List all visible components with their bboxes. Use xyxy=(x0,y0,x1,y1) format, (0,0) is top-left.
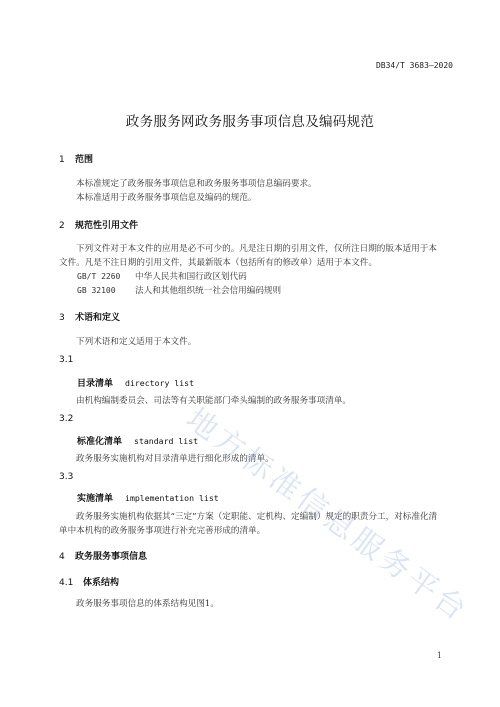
section-title: 规范性引用文件 xyxy=(75,221,138,231)
section-2-heading: 2规范性引用文件 xyxy=(59,218,138,231)
term-heading: 目录清单directory list xyxy=(77,376,194,389)
document-page: DB34/T 3683—2020 政务服务网政务服务事项信息及编码规范 1范围 … xyxy=(0,0,500,707)
term-zh: 标准化清单 xyxy=(77,437,122,447)
reference-item: GB 32100法人和其他组织统一社会信用编码规则 xyxy=(77,284,281,296)
section-number: 3 xyxy=(59,313,75,323)
subsection-title: 体系结构 xyxy=(83,578,119,588)
term-en: implementation list xyxy=(125,493,219,503)
reference-code: GB/T 2260 xyxy=(77,272,135,281)
section-3-heading: 3术语和定义 xyxy=(59,310,120,323)
section-title: 范围 xyxy=(75,155,93,165)
reference-title: 中华人民共和国行政区划代码 xyxy=(135,272,247,282)
subsection-4-1-heading: 4.1体系结构 xyxy=(59,575,119,588)
subsection-number: 4.1 xyxy=(59,578,83,588)
section-4-heading: 4政务服务事项信息 xyxy=(59,549,147,562)
term-definition: 政务服务实施机构依据其“三定”方案（定职能、定机构、定编制）规定的职责分工，对标… xyxy=(59,510,444,538)
reference-title: 法人和其他组织统一社会信用编码规则 xyxy=(135,286,281,296)
term-en: standard list xyxy=(134,436,198,446)
section-number: 4 xyxy=(59,552,75,562)
term-number: 3.1 xyxy=(59,355,73,365)
term-number: 3.2 xyxy=(59,414,73,424)
paragraph: 下列术语和定义适用于本文件。 xyxy=(59,335,444,349)
section-title: 术语和定义 xyxy=(75,313,120,323)
term-heading: 标准化清单standard list xyxy=(77,434,198,447)
document-title: 政务服务网政务服务事项信息及编码规范 xyxy=(0,110,500,130)
reference-item: GB/T 2260中华人民共和国行政区划代码 xyxy=(77,270,247,282)
term-definition: 由机构编制委员会、司法等有关职能部门牵头编制的政务服务事项清单。 xyxy=(59,394,444,408)
paragraph: 政务服务事项信息的体系结构见图1。 xyxy=(59,597,444,611)
term-definition: 政务服务实施机构对目录清单进行细化形成的清单。 xyxy=(59,452,444,466)
term-zh: 实施清单 xyxy=(77,494,113,504)
term-number: 3.3 xyxy=(59,472,73,482)
reference-code: GB 32100 xyxy=(77,286,135,295)
term-en: directory list xyxy=(125,378,194,388)
paragraph: 本标准规定了政务服务事项信息和政务服务事项信息编码要求。 xyxy=(59,177,444,191)
term-heading: 实施清单implementation list xyxy=(77,491,219,504)
section-number: 1 xyxy=(59,155,75,165)
paragraph: 下列文件对于本文件的应用是必不可少的。凡是注日期的引用文件，仅所注日期的版本适用… xyxy=(59,242,444,270)
section-title: 政务服务事项信息 xyxy=(75,552,147,562)
section-1-heading: 1范围 xyxy=(59,152,93,165)
paragraph: 本标准适用于政务服务事项信息及编码的规范。 xyxy=(59,191,444,205)
term-zh: 目录清单 xyxy=(77,379,113,389)
section-number: 2 xyxy=(59,221,75,231)
page-number: 1 xyxy=(437,651,442,660)
standard-number: DB34/T 3683—2020 xyxy=(376,61,453,70)
